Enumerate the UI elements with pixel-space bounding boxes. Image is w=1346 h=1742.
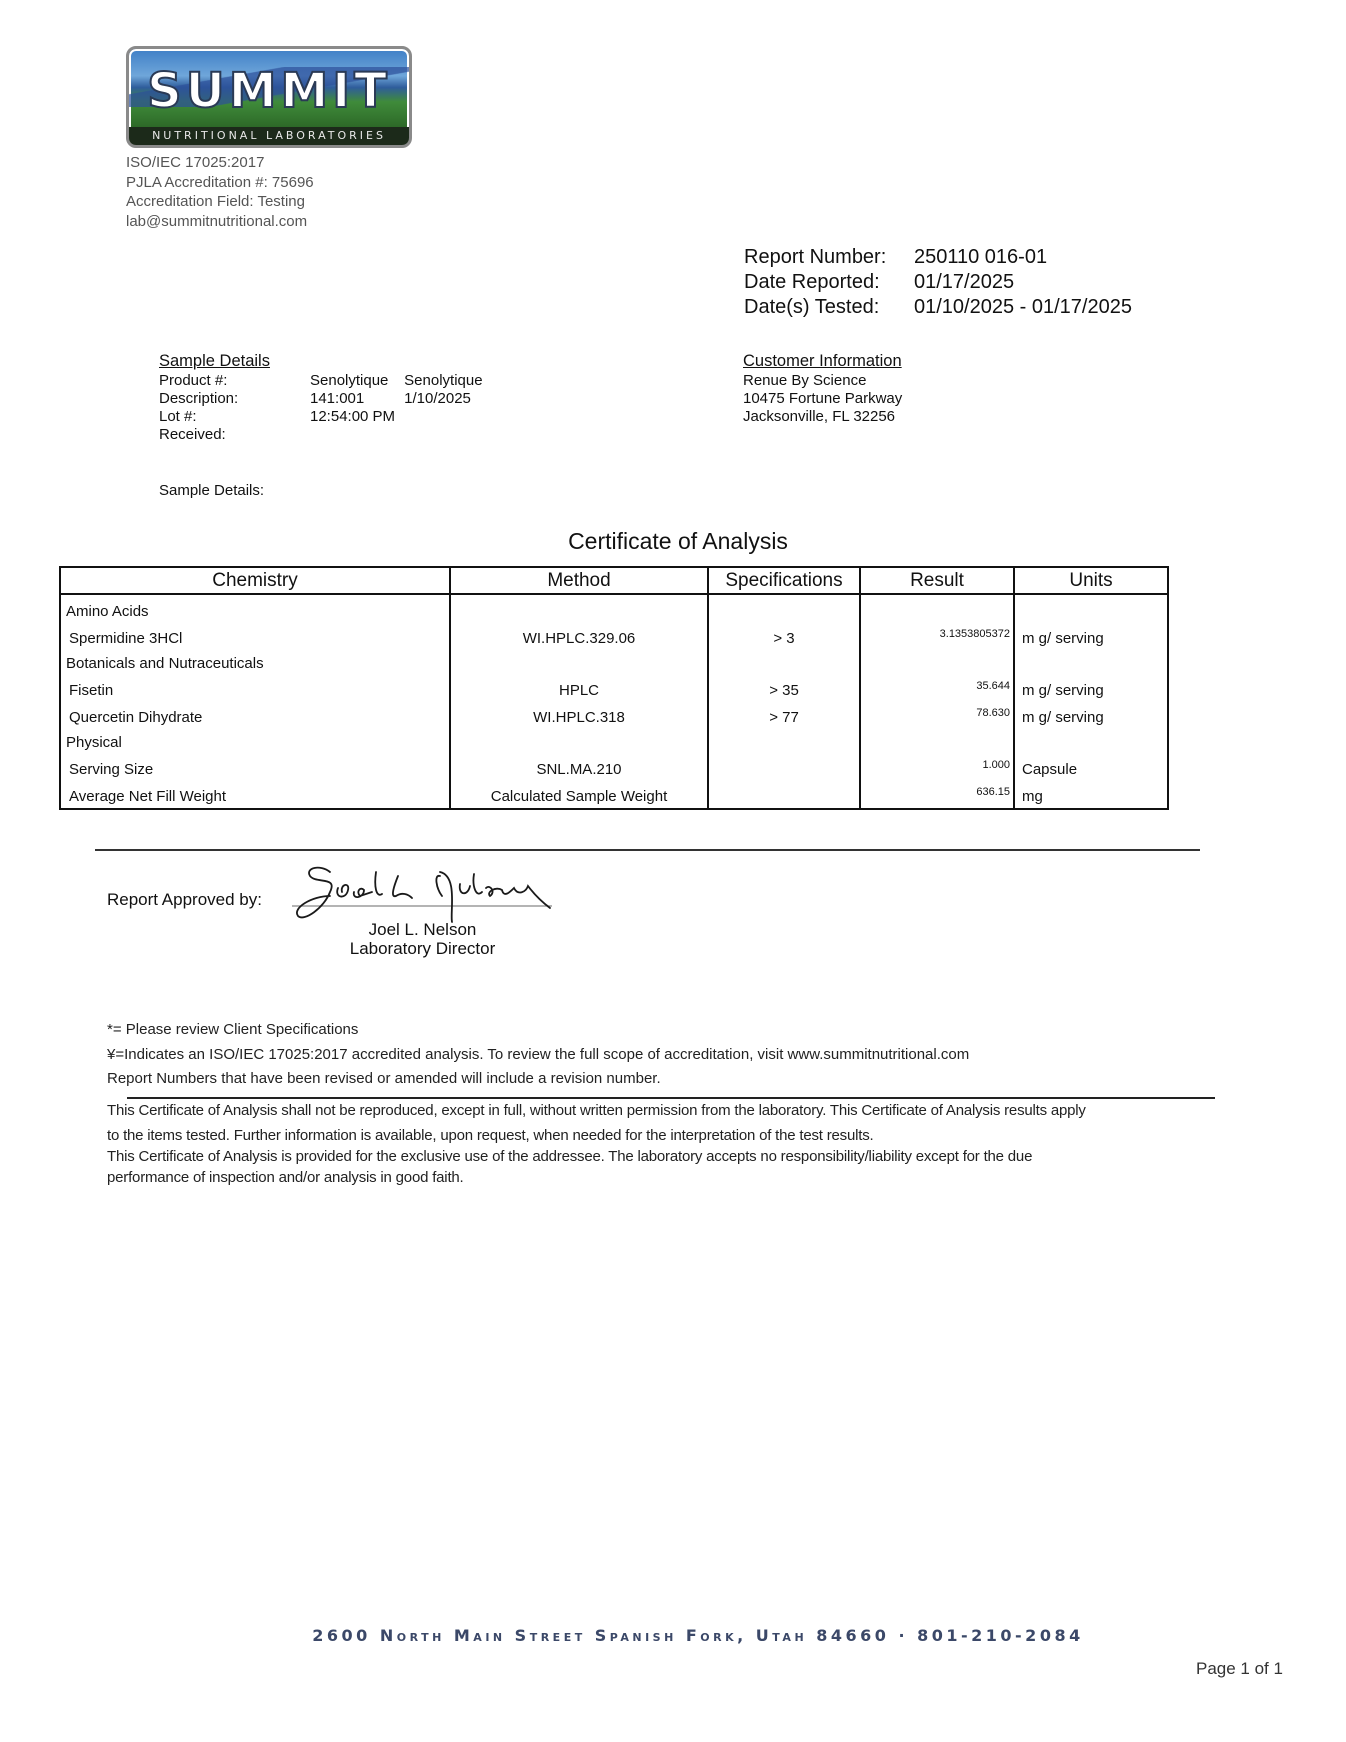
lot-value: 12:54:00 PM	[310, 408, 400, 426]
units-cell: Capsule	[1014, 751, 1168, 778]
summit-logo: SUMMIT NUTRITIONAL LABORATORIES	[126, 46, 412, 148]
received-value	[310, 426, 483, 444]
specification-cell: > 77	[708, 699, 860, 726]
table-row: Spermidine 3HClWI.HPLC.329.06> 33.135380…	[60, 620, 1168, 647]
signature-image	[290, 862, 555, 928]
description-label: Description:	[159, 390, 310, 408]
result-cell: 78.630	[860, 699, 1014, 726]
divider	[95, 849, 1200, 851]
category-label: Botanicals and Nutraceuticals	[60, 647, 450, 672]
disclaimer: This Certificate of Analysis shall not b…	[107, 1100, 1227, 1188]
approved-by-label: Report Approved by:	[107, 890, 262, 910]
table-row: Quercetin DihydrateWI.HPLC.318> 7778.630…	[60, 699, 1168, 726]
result-cell: 1.000	[860, 751, 1014, 778]
table-row: FisetinHPLC> 3535.644m g/ serving	[60, 672, 1168, 699]
accreditation-field: Accreditation Field: Testing	[126, 192, 314, 212]
dates-tested: 01/10/2025 - 01/17/2025	[914, 295, 1132, 320]
method-cell: WI.HPLC.329.06	[450, 620, 708, 647]
description-value-2: 1/10/2025	[404, 390, 471, 407]
customer-information: Customer Information Renue By Science 10…	[743, 352, 902, 426]
empty-cell	[450, 726, 708, 751]
iso-standard: ISO/IEC 17025:2017	[126, 153, 314, 173]
result-cell: 35.644	[860, 672, 1014, 699]
product-value-2: Senolytique	[404, 372, 482, 389]
analyte-name: Quercetin Dihydrate	[60, 699, 450, 726]
method-cell: Calculated Sample Weight	[450, 778, 708, 809]
description-value-1: 141:001	[310, 390, 400, 408]
method-cell: SNL.MA.210	[450, 751, 708, 778]
empty-cell	[860, 594, 1014, 620]
units-cell: mg	[1014, 778, 1168, 809]
empty-cell	[708, 594, 860, 620]
sample-details-note: Sample Details:	[159, 482, 264, 499]
empty-cell	[1014, 726, 1168, 751]
empty-cell	[450, 647, 708, 672]
received-label: Received:	[159, 426, 310, 444]
page-number: Page 1 of 1	[1196, 1659, 1283, 1679]
signer-name: Joel L. Nelson	[310, 920, 535, 939]
note-accredited: ¥=Indicates an ISO/IEC 17025:2017 accred…	[107, 1043, 969, 1068]
lab-email[interactable]: lab@summitnutritional.com	[126, 212, 314, 232]
empty-cell	[1014, 647, 1168, 672]
analyte-name: Serving Size	[60, 751, 450, 778]
method-cell: WI.HPLC.318	[450, 699, 708, 726]
analyte-name: Fisetin	[60, 672, 450, 699]
col-result: Result	[860, 567, 1014, 594]
sample-details-title: Sample Details	[159, 352, 483, 370]
specification-cell	[708, 751, 860, 778]
lot-label: Lot #:	[159, 408, 310, 426]
result-cell: 636.15	[860, 778, 1014, 809]
col-units: Units	[1014, 567, 1168, 594]
report-number-label: Report Number:	[744, 245, 914, 270]
specification-cell: > 35	[708, 672, 860, 699]
category-row: Amino Acids	[60, 594, 1168, 620]
category-label: Amino Acids	[60, 594, 450, 620]
report-meta: Report Number:250110 016-01 Date Reporte…	[744, 245, 1132, 320]
disclaimer-line: This Certificate of Analysis shall not b…	[107, 1100, 1227, 1121]
note-client-specs: *= Please review Client Specifications	[107, 1018, 969, 1043]
empty-cell	[708, 647, 860, 672]
table-row: Serving SizeSNL.MA.2101.000Capsule	[60, 751, 1168, 778]
pjla-accreditation: PJLA Accreditation #: 75696	[126, 173, 314, 193]
category-row: Physical	[60, 726, 1168, 751]
certificate-title: Certificate of Analysis	[0, 528, 1346, 555]
units-cell: m g/ serving	[1014, 672, 1168, 699]
empty-cell	[450, 594, 708, 620]
col-method: Method	[450, 567, 708, 594]
date-reported: 01/17/2025	[914, 270, 1014, 295]
analyte-name: Spermidine 3HCl	[60, 620, 450, 647]
report-number: 250110 016-01	[914, 245, 1047, 270]
category-label: Physical	[60, 726, 450, 751]
report-notes: *= Please review Client Specifications ¥…	[107, 1018, 969, 1092]
date-reported-label: Date Reported:	[744, 270, 914, 295]
specification-cell	[708, 778, 860, 809]
note-revisions: Report Numbers that have been revised or…	[107, 1067, 969, 1092]
table-row: Average Net Fill WeightCalculated Sample…	[60, 778, 1168, 809]
col-specifications: Specifications	[708, 567, 860, 594]
customer-title: Customer Information	[743, 352, 902, 370]
lab-address: 2600 North Main Street Spanish Fork, Uta…	[0, 1626, 1346, 1645]
empty-cell	[708, 726, 860, 751]
units-cell: m g/ serving	[1014, 620, 1168, 647]
product-label: Product #:	[159, 372, 310, 390]
category-row: Botanicals and Nutraceuticals	[60, 647, 1168, 672]
results-table: Chemistry Method Specifications Result U…	[59, 566, 1169, 810]
customer-name: Renue By Science	[743, 372, 902, 390]
result-cell: 3.1353805372	[860, 620, 1014, 647]
signer-title: Laboratory Director	[310, 939, 535, 958]
units-cell: m g/ serving	[1014, 699, 1168, 726]
logo-tagline: NUTRITIONAL LABORATORIES	[129, 127, 409, 145]
table-header: Chemistry Method Specifications Result U…	[60, 567, 1168, 594]
product-value-1: Senolytique	[310, 372, 400, 390]
empty-cell	[1014, 594, 1168, 620]
empty-cell	[860, 647, 1014, 672]
lab-accreditation-info: ISO/IEC 17025:2017 PJLA Accreditation #:…	[126, 153, 314, 231]
disclaimer-line: performance of inspection and/or analysi…	[107, 1167, 1227, 1188]
empty-cell	[860, 726, 1014, 751]
specification-cell: > 3	[708, 620, 860, 647]
customer-address-1: 10475 Fortune Parkway	[743, 390, 902, 408]
logo-wordmark: SUMMIT	[129, 63, 409, 119]
signer-block: Joel L. Nelson Laboratory Director	[310, 920, 535, 958]
method-cell: HPLC	[450, 672, 708, 699]
analyte-name: Average Net Fill Weight	[60, 778, 450, 809]
dates-tested-label: Date(s) Tested:	[744, 295, 914, 320]
sample-details: Sample Details Product #: Senolytique Se…	[159, 352, 483, 444]
disclaimer-line: This Certificate of Analysis is provided…	[107, 1146, 1227, 1167]
footer-divider	[127, 1097, 1215, 1099]
customer-address-2: Jacksonville, FL 32256	[743, 408, 902, 426]
table-body: Amino AcidsSpermidine 3HClWI.HPLC.329.06…	[60, 594, 1168, 809]
col-chemistry: Chemistry	[60, 567, 450, 594]
disclaimer-line: to the items tested. Further information…	[107, 1125, 1227, 1146]
